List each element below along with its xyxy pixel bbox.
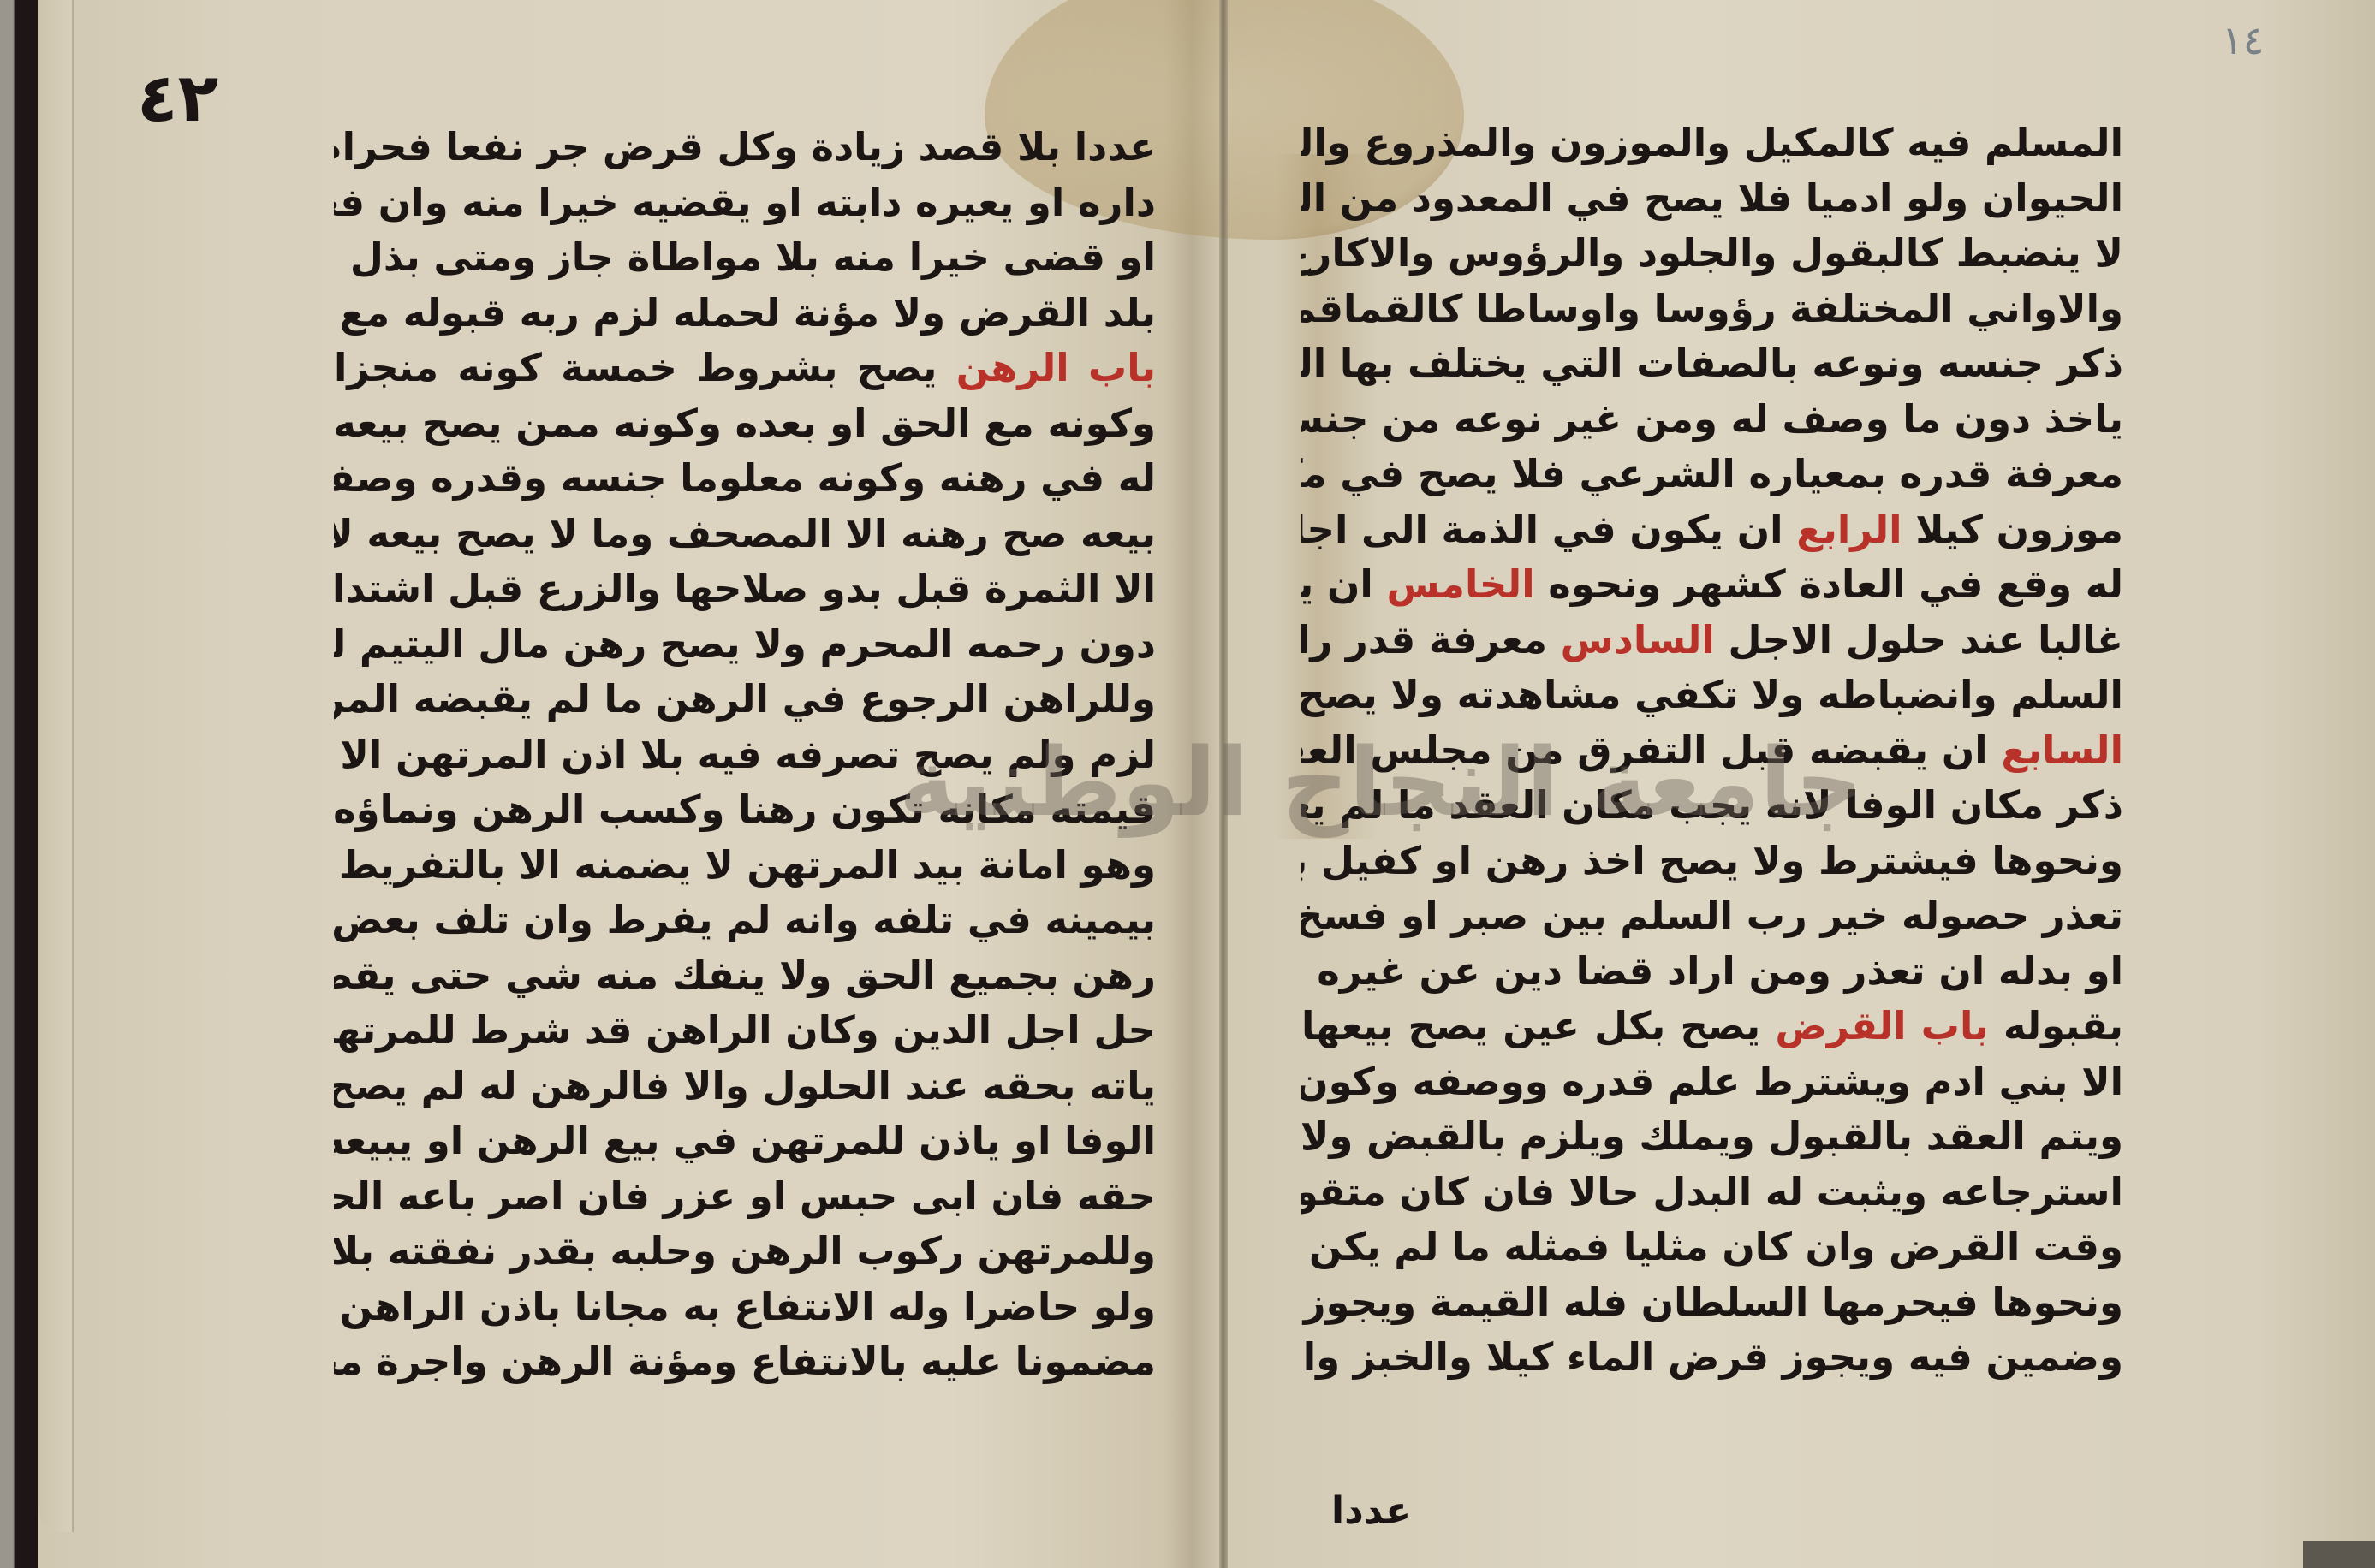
manuscript-line: او بدله ان تعذر ومن اراد قضا دين عن غيره… xyxy=(1301,944,2123,1000)
manuscript-line: تعذر حصوله خير رب السلم بين صبر او فسخ و… xyxy=(1301,888,2123,944)
manuscript-line: حقه فان ابى حبس او عزر فان اصر باعه الحا… xyxy=(334,1169,1156,1225)
manuscript-line: ياته بحقه عند الحلول والا فالرهن له لم ي… xyxy=(334,1059,1156,1114)
body-text: دون رحمه المحرم ولا يصح رهن مال اليتيم ل… xyxy=(334,621,1156,667)
manuscript-line: لا ينضبط كالبقول والجلود والرؤوس والاكار… xyxy=(1301,226,2123,282)
manuscript-line: عددا بلا قصد زيادة وكل قرض جر نفعا فحرام… xyxy=(334,120,1156,175)
manuscript-line: بيمينه في تلفه وانه لم يفرط وان تلف بعض … xyxy=(334,893,1156,948)
rubric-heading: السادس xyxy=(1561,617,1715,662)
pencil-annotation: ١٤ xyxy=(2222,17,2264,63)
body-text: ياخذ دون ما وصف له ومن غير نوعه من جنسه xyxy=(1301,396,2123,442)
manuscript-line: بلد القرض ولا مؤنة لحمله لزم ربه قبوله م… xyxy=(334,286,1156,342)
book-cover-edge xyxy=(0,0,38,1568)
manuscript-line: معرفة قدره بمعياره الشرعي فلا يصح في مكي… xyxy=(1301,447,2123,502)
body-text: ونحوها فيشترط ولا يصح اخذ رهن او كفيل بم… xyxy=(1301,838,2123,883)
body-text: بيمينه في تلفه وانه لم يفرط وان تلف بعض … xyxy=(334,897,1156,942)
body-text: رهن بجميع الحق ولا ينفك منه شي حتى يقضي … xyxy=(334,953,1156,998)
manuscript-line: رهن بجميع الحق ولا ينفك منه شي حتى يقضي … xyxy=(334,948,1156,1004)
body-text: حل اجل الدين وكان الراهن قد شرط للمرتهن … xyxy=(334,1007,1156,1053)
manuscript-line: استرجاعه ويثبت له البدل حالا فان كان متق… xyxy=(1301,1165,2123,1221)
body-text: الوفا او ياذن للمرتهن في بيع الرهن او يب… xyxy=(334,1118,1156,1163)
manuscript-line: او قضى خيرا منه بلا مواطاة جاز ومتى بذل … xyxy=(334,230,1156,286)
body-text: والاواني المختلفة رؤوسا واوساطا كالقماقم… xyxy=(1301,286,2123,331)
manuscript-line: حل اجل الدين وكان الراهن قد شرط للمرتهن … xyxy=(334,1003,1156,1059)
manuscript-line: غالبا عند حلول الاجل السادس معرفة قدر را… xyxy=(1301,613,2123,668)
body-text: له في رهنه وكونه معلوما جنسه وقدره وصفته… xyxy=(334,455,1156,501)
manuscript-line: الا بني ادم ويشترط علم قدره ووصفه وكون م… xyxy=(1301,1054,2123,1110)
manuscript-line: بيعه صح رهنه الا المصحف وما لا يصح بيعه … xyxy=(334,507,1156,562)
body-text: له وقع في العادة كشهر ونحوه xyxy=(1535,561,2123,607)
body-text: وقت القرض وان كان مثليا فمثله ما لم يكن … xyxy=(1301,1224,2123,1269)
manuscript-line: وقت القرض وان كان مثليا فمثله ما لم يكن … xyxy=(1301,1220,2123,1275)
body-text: يصح بكل عين يصح بيعها xyxy=(1301,1003,1775,1048)
body-text: داره او يعيره دابته او يقضيه خيرا منه وا… xyxy=(334,180,1156,225)
body-text: او بدله ان تعذر ومن اراد قضا دين عن غيره… xyxy=(1301,948,2123,994)
manuscript-line: ياخذ دون ما وصف له ومن غير نوعه من جنسه … xyxy=(1301,392,2123,448)
body-text: السلم وانضباطه ولا تكفي مشاهدته ولا يصح … xyxy=(1301,672,2123,717)
body-text: موزون كيلا xyxy=(1902,507,2123,552)
manuscript-line: داره او يعيره دابته او يقضيه خيرا منه وا… xyxy=(334,175,1156,231)
body-text: ولو حاضرا وله الانتفاع به مجانا باذن الر… xyxy=(334,1284,1156,1329)
manuscript-line: الوفا او ياذن للمرتهن في بيع الرهن او يب… xyxy=(334,1114,1156,1169)
body-text: ياته بحقه عند الحلول والا فالرهن له لم ي… xyxy=(334,1063,1156,1108)
manuscript-line: ويتم العقد بالقبول ويملك ويلزم بالقبض ول… xyxy=(1301,1109,2123,1165)
body-text: معرفة قدر راس مال xyxy=(1301,617,1561,662)
manuscript-line: السلم وانضباطه ولا تكفي مشاهدته ولا يصح … xyxy=(1301,668,2123,723)
body-text: وكونه مع الحق او بعده وكونه ممن يصح بيعه… xyxy=(334,401,1156,446)
manuscript-line: ونحوها فيحرمها السلطان فله القيمة ويجوز … xyxy=(1301,1275,2123,1331)
body-text: وللمرتهن ركوب الرهن وحلبه بقدر نفقته بلا… xyxy=(334,1228,1156,1274)
body-text: ويتم العقد بالقبول ويملك ويلزم بالقبض ول… xyxy=(1301,1114,2123,1159)
body-text: ونحوها فيحرمها السلطان فله القيمة ويجوز … xyxy=(1301,1280,2123,1325)
rubric-heading: الخامس xyxy=(1387,561,1535,607)
manuscript-line: ذكر جنسه ونوعه بالصفات التي يختلف بها ال… xyxy=(1301,336,2123,392)
manuscript-line: له وقع في العادة كشهر ونحوه الخامس ان يك… xyxy=(1301,557,2123,613)
rubric-heading: باب القرض xyxy=(1775,1003,1988,1048)
body-text: بقبوله xyxy=(1989,1003,2123,1048)
body-text: يصح بشروط خمسة كونه منجزا xyxy=(334,345,956,390)
manuscript-line: ولو حاضرا وله الانتفاع به مجانا باذن الر… xyxy=(334,1280,1156,1335)
manuscript-line: المسلم فيه كالمكيل والموزون والمذروع وال… xyxy=(1301,116,2123,171)
body-text: الا الثمرة قبل بدو صلاحها والزرع قبل اشت… xyxy=(334,566,1156,611)
body-text: تعذر حصوله خير رب السلم بين صبر او فسخ و… xyxy=(1301,893,2123,938)
body-text: او قضى خيرا منه بلا مواطاة جاز ومتى بذل … xyxy=(334,235,1156,280)
body-text: حقه فان ابى حبس او عزر فان اصر باعه الحا… xyxy=(334,1173,1156,1219)
manuscript-line: وللمرتهن ركوب الرهن وحلبه بقدر نفقته بلا… xyxy=(334,1224,1156,1280)
page-stack-edge xyxy=(38,0,74,1532)
body-text: غالبا عند حلول الاجل xyxy=(1715,617,2123,662)
manuscript-line: باب الرهن يصح بشروط خمسة كونه منجزا xyxy=(334,341,1156,396)
body-text: الا بني ادم ويشترط علم قدره ووصفه وكون م… xyxy=(1301,1059,2123,1104)
body-text: المسلم فيه كالمكيل والموزون والمذروع وال… xyxy=(1301,120,2123,165)
body-text: وضمين فيه ويجوز قرض الماء كيلا والخبز وا… xyxy=(1301,1334,2123,1380)
body-text: بيعه صح رهنه الا المصحف وما لا يصح بيعه … xyxy=(334,511,1156,556)
manuscript-line: الا الثمرة قبل بدو صلاحها والزرع قبل اشت… xyxy=(334,561,1156,617)
body-text: بلد القرض ولا مؤنة لحمله لزم ربه قبوله م… xyxy=(334,290,1156,336)
body-text: ان يكون في الذمة الى اجل معلوم xyxy=(1301,507,1796,552)
rubric-heading: الرابع xyxy=(1796,507,1902,552)
table-shadow xyxy=(2303,1541,2375,1568)
body-text: عددا بلا قصد زيادة وكل قرض جر نفعا فحرام… xyxy=(334,124,1156,169)
body-text: استرجاعه ويثبت له البدل حالا فان كان متق… xyxy=(1301,1169,2123,1215)
body-text: لا ينضبط كالبقول والجلود والرؤوس والاكار… xyxy=(1301,230,2123,276)
manuscript-line: الحيوان ولو ادميا فلا يصح في المعدود من … xyxy=(1301,171,2123,227)
manuscript-line: وكونه مع الحق او بعده وكونه ممن يصح بيعه… xyxy=(334,396,1156,452)
rubric-heading: السابع xyxy=(2001,728,2123,773)
body-text: معرفة قدره بمعياره الشرعي فلا يصح في مكي… xyxy=(1301,451,2123,496)
manuscript-line: مضمونا عليه بالانتفاع ومؤنة الرهن واجرة … xyxy=(334,1334,1156,1390)
manuscript-line: موزون كيلا الرابع ان يكون في الذمة الى ا… xyxy=(1301,502,2123,558)
manuscript-line: والاواني المختلفة رؤوسا واوساطا كالقماقم… xyxy=(1301,282,2123,337)
catchword: عددا xyxy=(1331,1489,1411,1533)
body-text: ذكر جنسه ونوعه بالصفات التي يختلف بها ال… xyxy=(1301,341,2123,386)
manuscript-line: وهو امانة بيد المرتهن لا يضمنه الا بالتف… xyxy=(334,838,1156,894)
body-text: الحيوان ولو ادميا فلا يصح في المعدود من … xyxy=(1301,175,2123,221)
manuscript-line: ونحوها فيشترط ولا يصح اخذ رهن او كفيل بم… xyxy=(1301,834,2123,889)
manuscript-line: وللراهن الرجوع في الرهن ما لم يقبضه المر… xyxy=(334,672,1156,728)
body-text: ان يكون مما يوجد xyxy=(1301,561,1387,607)
manuscript-line: بقبوله باب القرض يصح بكل عين يصح بيعها xyxy=(1301,999,2123,1054)
library-watermark: جامعة النجاح الوطنية xyxy=(899,728,1863,837)
manuscript-line: له في رهنه وكونه معلوما جنسه وقدره وصفته… xyxy=(334,451,1156,507)
body-text: وللراهن الرجوع في الرهن ما لم يقبضه المر… xyxy=(334,676,1156,722)
manuscript-line: وضمين فيه ويجوز قرض الماء كيلا والخبز وا… xyxy=(1301,1330,2123,1386)
body-text: مضمونا عليه بالانتفاع ومؤنة الرهن واجرة … xyxy=(334,1339,1156,1384)
manuscript-line: دون رحمه المحرم ولا يصح رهن مال اليتيم ل… xyxy=(334,617,1156,673)
rubric-heading: باب الرهن xyxy=(956,345,1156,390)
body-text: وهو امانة بيد المرتهن لا يضمنه الا بالتف… xyxy=(334,842,1156,888)
folio-number: ٤٢ xyxy=(137,60,218,137)
